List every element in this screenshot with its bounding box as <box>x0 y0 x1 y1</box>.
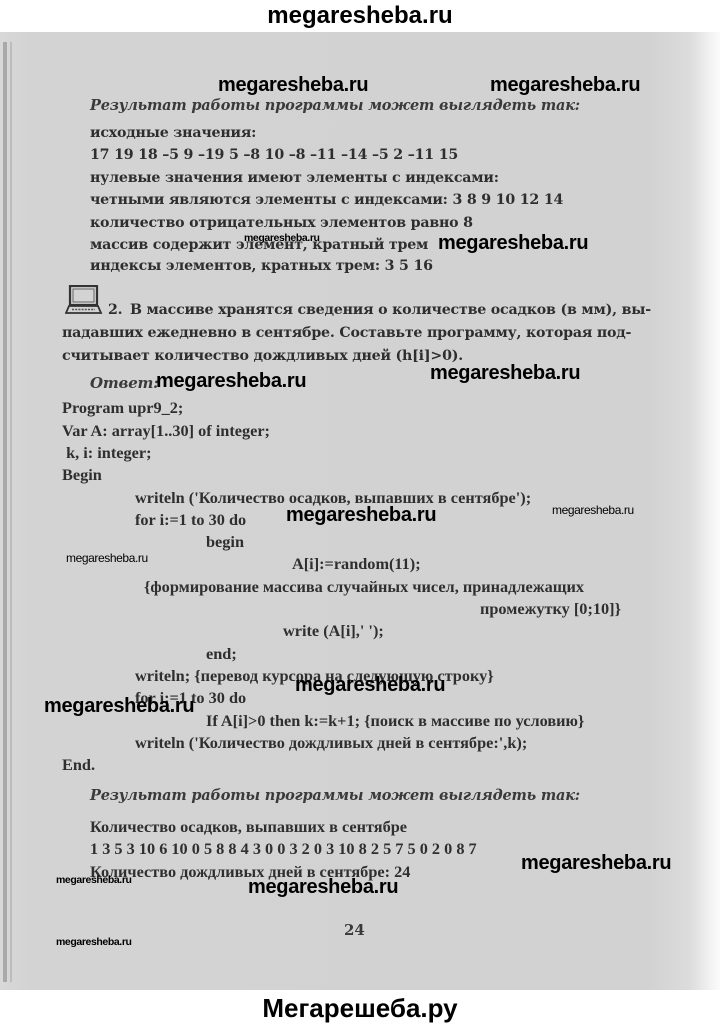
watermark: megaresheba.ru <box>430 362 580 385</box>
code-line: промежутку [0;10]} <box>480 599 621 619</box>
result-line: индексы элементов, кратных трем: 3 5 16 <box>90 258 433 274</box>
code-line: {формирование массива случайных чисел, п… <box>144 577 584 597</box>
watermark: megaresheba.ru <box>66 551 148 565</box>
watermark: megaresheba.ru <box>44 695 194 718</box>
task-text-line: В массиве хранятся сведения о количестве… <box>130 302 651 318</box>
watermark: megaresheba.ru <box>490 74 640 97</box>
watermark: megaresheba.ru <box>248 876 398 899</box>
result-heading-2: Результат работы программы может выгляде… <box>90 787 580 804</box>
result-line: 1 3 5 3 10 6 10 0 5 8 8 4 3 0 0 3 2 0 3 … <box>90 839 477 859</box>
watermark: megaresheba.ru <box>56 874 132 886</box>
watermark: megaresheba.ru <box>552 503 634 517</box>
watermark: megaresheba.ru <box>156 370 306 393</box>
code-line: If A[i]>0 then k:=k+1; {поиск в массиве … <box>206 711 584 731</box>
result-heading-1: Результат работы программы может выгляде… <box>90 97 580 114</box>
code-line: Var A: array[1..30] of integer; <box>62 421 270 441</box>
page-number: 24 <box>344 921 365 939</box>
result-line: исходные значения: <box>90 125 256 141</box>
code-line: End. <box>62 755 95 775</box>
watermark: megaresheba.ru <box>56 936 132 948</box>
task-number: 2. <box>108 302 122 318</box>
code-line: Begin <box>62 465 102 485</box>
code-line: Program upr9_2; <box>62 398 183 418</box>
task-text-line: падавших ежедневно в сентябре. Составьте… <box>62 325 631 341</box>
watermark: megaresheba.ru <box>295 674 445 697</box>
task-text-line: считывает количество дождливых дней (h[i… <box>62 348 463 364</box>
result-line: количество отрицательных элементов равно… <box>90 215 473 231</box>
watermark: megaresheba.ru <box>286 504 436 527</box>
code-line: for i:=1 to 30 do <box>135 510 246 530</box>
watermark: megaresheba.ru <box>521 852 671 875</box>
result-line: Количество осадков, выпавших в сентябре <box>90 817 407 837</box>
code-line: write (A[i],' '); <box>283 621 384 641</box>
result-line: массив содержит элемент, кратный трем <box>90 237 428 253</box>
site-banner-bottom: Мегарешеба.ру <box>0 990 720 1026</box>
result-line: четными являются элементы с индексами: 3… <box>90 192 563 208</box>
watermark: megaresheba.ru <box>218 74 368 97</box>
code-line: end; <box>206 644 237 664</box>
code-line: writeln ('Количество дождливых дней в се… <box>135 733 527 753</box>
watermark: megaresheba.ru <box>438 232 588 255</box>
site-banner-top: megaresheba.ru <box>0 0 720 32</box>
code-line: k, i: integer; <box>62 443 152 463</box>
code-line: A[i]:=random(11); <box>292 554 421 574</box>
code-line: begin <box>206 532 244 552</box>
answer-label: Ответ: <box>90 374 159 392</box>
textbook-page: megaresheba.ru megaresheba.ru Результат … <box>0 32 720 990</box>
result-line: нулевые значения имеют элементы с индекс… <box>90 170 499 186</box>
result-line: 17 19 18 –5 9 –19 5 –8 10 –8 –11 –14 –5 … <box>90 147 458 163</box>
computer-icon <box>65 285 103 315</box>
